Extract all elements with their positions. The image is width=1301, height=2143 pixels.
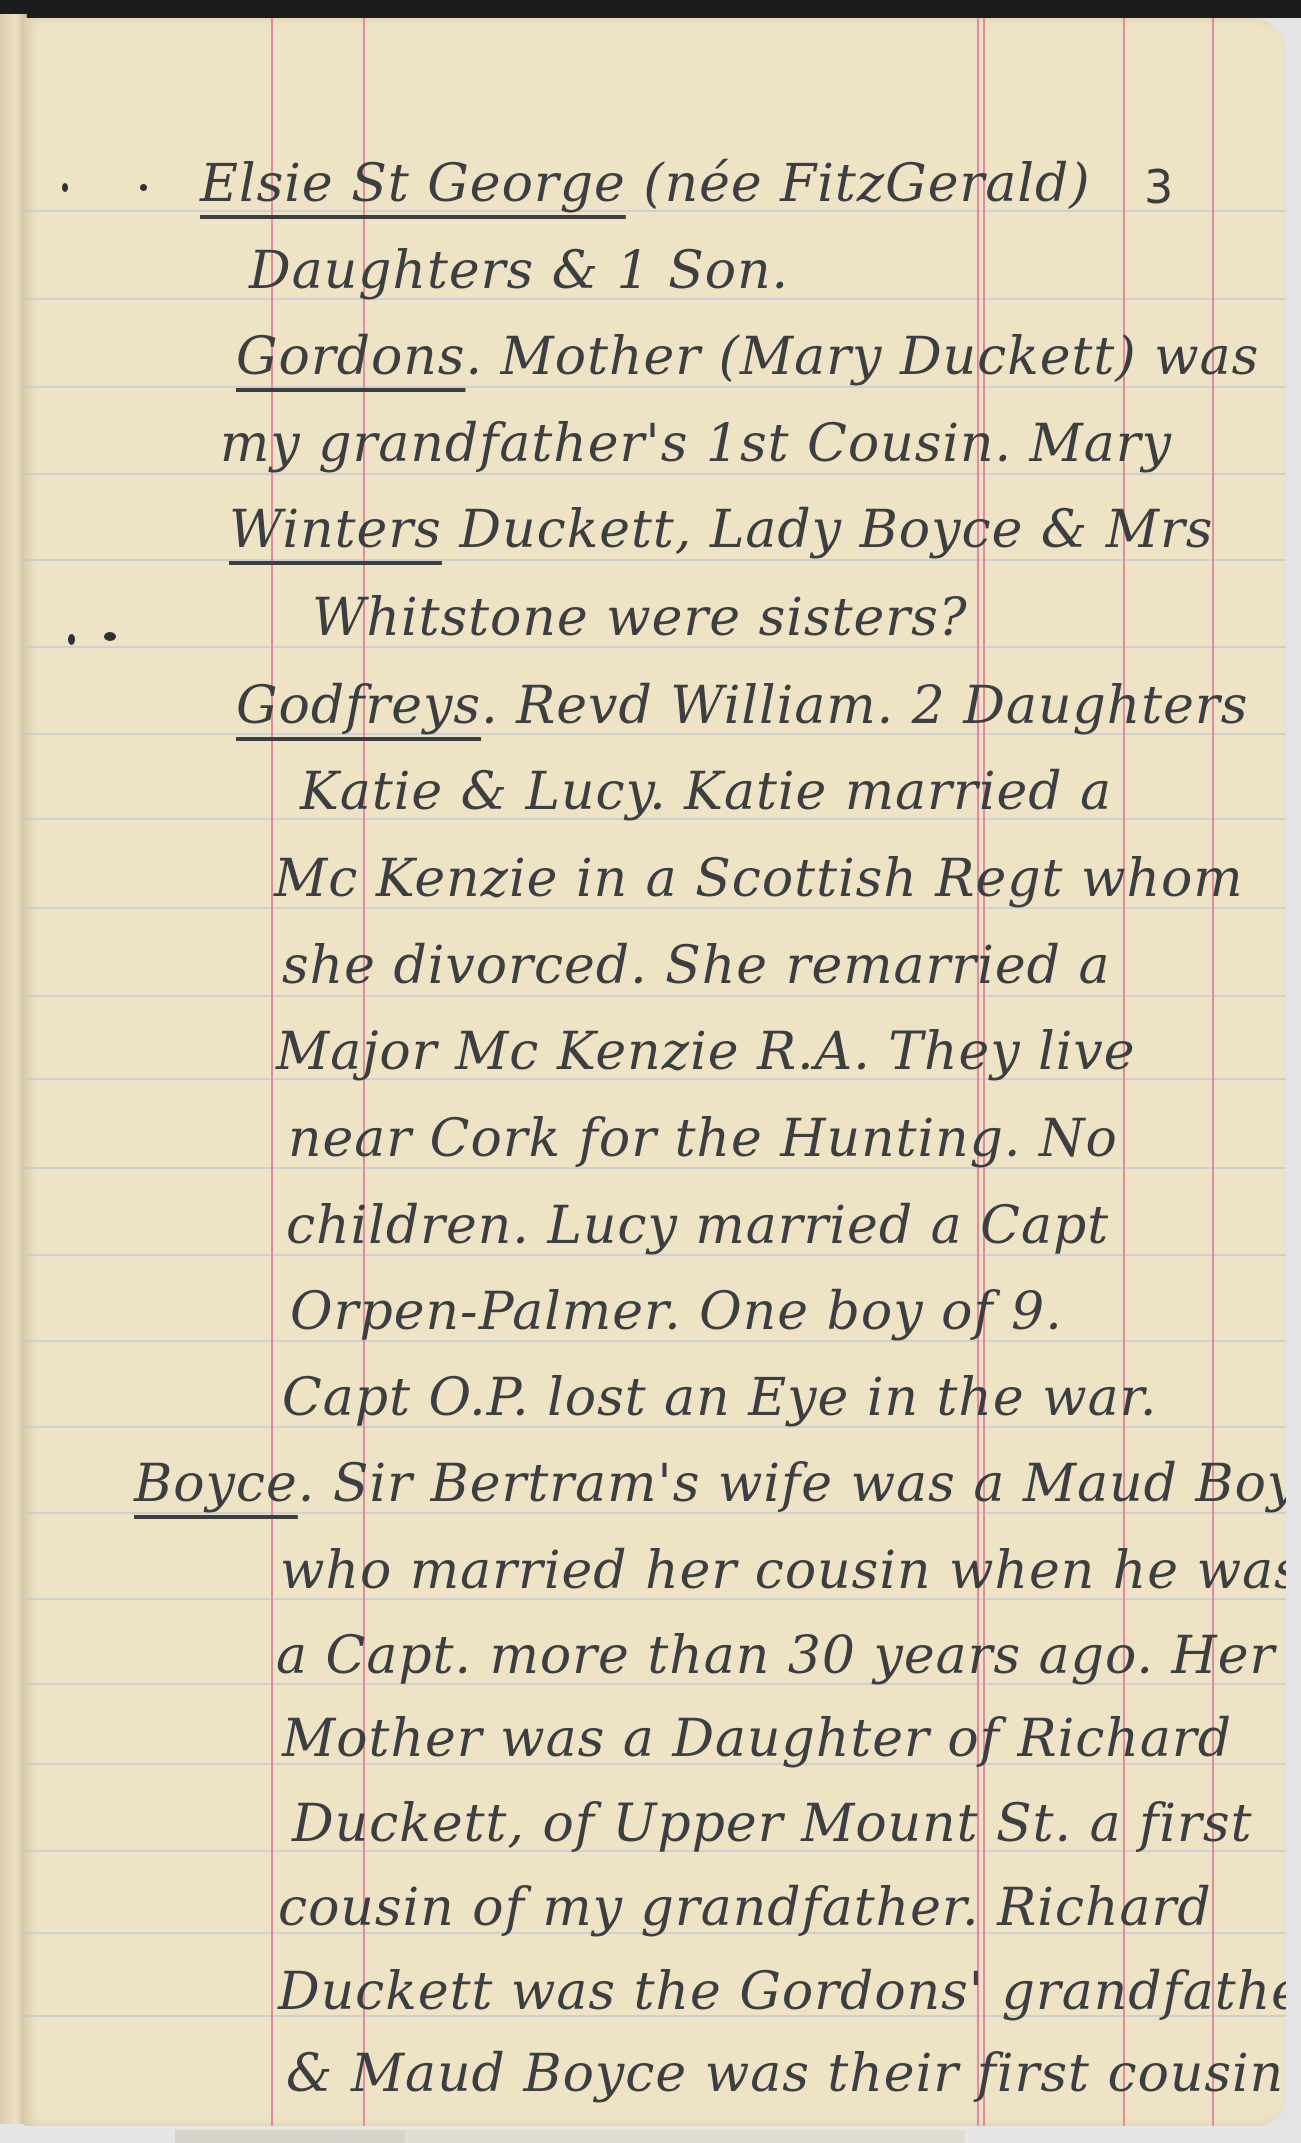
text-line: who married her cousin when he was [280, 1545, 1286, 1597]
ink-blot [68, 634, 75, 645]
entry-heading: Elsie St George [200, 154, 626, 214]
text-line: Daughters & 1 Son. [249, 245, 789, 297]
text-line: Gordons. Mother (Mary Duckett) was [236, 331, 1259, 383]
text-line: cousin of my grandfather. Richard [278, 1882, 1212, 1934]
text-line: Capt O.P. lost an Eye in the war. [282, 1372, 1157, 1424]
text-line: children. Lucy married a Capt [286, 1200, 1109, 1252]
text-line: Winters Duckett, Lady Boyce & Mrs [229, 504, 1214, 556]
text-line: & Maud Boyce was their first cousin. [286, 2048, 1286, 2100]
paper-strip [175, 2130, 405, 2143]
text-line: Elsie St George (née FitzGerald) [200, 158, 1091, 210]
paper-strip [405, 2130, 965, 2143]
ink-blot [104, 632, 116, 641]
text-line: Katie & Lucy. Katie married a [300, 766, 1112, 818]
text-line: Boyce. Sir Bertram's wife was a Maud Boy… [134, 1458, 1286, 1510]
text-line: my grandfather's 1st Cousin. Mary [220, 418, 1172, 470]
entry-heading: Gordons [236, 327, 465, 387]
text-line: Orpen-Palmer. One boy of 9. [290, 1286, 1063, 1338]
ink-blot [140, 184, 147, 191]
text-line: a Capt. more than 30 years ago. Her [276, 1630, 1275, 1682]
notebook-spine [0, 14, 27, 2124]
text-line: Duckett, of Upper Mount St. a first [292, 1798, 1252, 1850]
entry-heading: Winters [229, 500, 442, 560]
entry-heading: Boyce [134, 1454, 298, 1514]
text-line: Whitstone were sisters? [312, 592, 968, 644]
ink-blot [62, 183, 68, 192]
text-line: Duckett was the Gordons' grandfather [278, 1966, 1286, 2018]
scanner-top-edge [0, 0, 1301, 18]
scanner-bottom-edge [0, 2126, 1301, 2143]
text-line: Mother was a Daughter of Richard [282, 1713, 1232, 1765]
text-line: Major Mc Kenzie R.A. They live [276, 1026, 1136, 1078]
entry-heading: Godfreys [236, 676, 481, 736]
text-line: near Cork for the Hunting. No [288, 1113, 1118, 1165]
notebook-page: 3 Elsie St George (née FitzGerald) Daugh… [24, 18, 1286, 2126]
text-line: Godfreys. Revd William. 2 Daughters [236, 680, 1248, 732]
page-number: 3 [1144, 160, 1173, 214]
text-line: she divorced. She remarried a [282, 940, 1110, 992]
text-line: Mc Kenzie in a Scottish Regt whom [274, 853, 1244, 905]
